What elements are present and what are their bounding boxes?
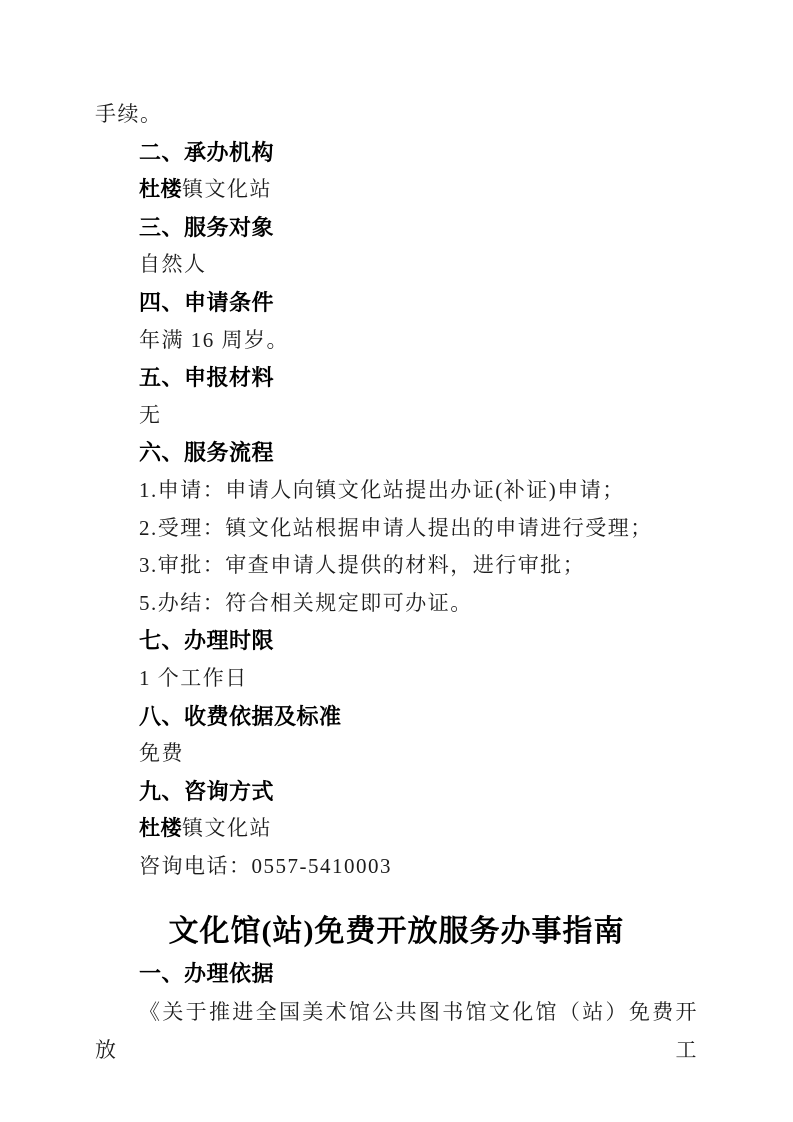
handling-basis-paragraph-start: 《关于推进全国美术馆公共图书馆文化馆（站）免费开放工 — [95, 993, 698, 1069]
process-step-3: 3.审批：审查申请人提供的材料，进行审批； — [95, 547, 698, 585]
service-target-line: 自然人 — [95, 246, 698, 284]
process-step-5: 5.办结：符合相关规定即可办证。 — [95, 585, 698, 623]
section-heading-consultation: 九、咨询方式 — [95, 773, 698, 811]
application-materials-line: 无 — [95, 397, 698, 435]
application-conditions-line: 年满 16 周岁。 — [95, 322, 698, 360]
paragraph-continuation: 手续。 — [95, 96, 698, 134]
guide-title: 文化馆(站)免费开放服务办事指南 — [95, 909, 698, 955]
fee-standard-line: 免费 — [95, 735, 698, 773]
processing-time-line: 1 个工作日 — [95, 660, 698, 698]
process-step-2: 2.受理：镇文化站根据申请人提出的申请进行受理； — [95, 510, 698, 548]
document-page: 手续。 二、承办机构 杜楼镇文化站 三、服务对象 自然人 四、申请条件 年满 1… — [0, 0, 793, 1122]
section-heading-service-target: 三、服务对象 — [95, 209, 698, 247]
org-name-bold: 杜楼 — [139, 178, 182, 201]
section-heading-undertaking-agency: 二、承办机构 — [95, 134, 698, 172]
org-name-rest: 镇文化站 — [182, 177, 272, 201]
org-name-rest: 镇文化站 — [182, 816, 272, 840]
org-name-bold: 杜楼 — [139, 817, 182, 840]
section-heading-processing-time: 七、办理时限 — [95, 622, 698, 660]
consultation-agency-line: 杜楼镇文化站 — [95, 810, 698, 848]
section-heading-application-materials: 五、申报材料 — [95, 359, 698, 397]
section-heading-application-conditions: 四、申请条件 — [95, 284, 698, 322]
section-heading-service-process: 六、服务流程 — [95, 434, 698, 472]
process-step-1: 1.申请：申请人向镇文化站提出办证(补证)申请； — [95, 472, 698, 510]
undertaking-agency-line: 杜楼镇文化站 — [95, 171, 698, 209]
consultation-phone-line: 咨询电话：0557-5410003 — [95, 848, 698, 886]
section-heading-fee-standard: 八、收费依据及标准 — [95, 698, 698, 736]
section-heading-handling-basis: 一、办理依据 — [95, 955, 698, 993]
